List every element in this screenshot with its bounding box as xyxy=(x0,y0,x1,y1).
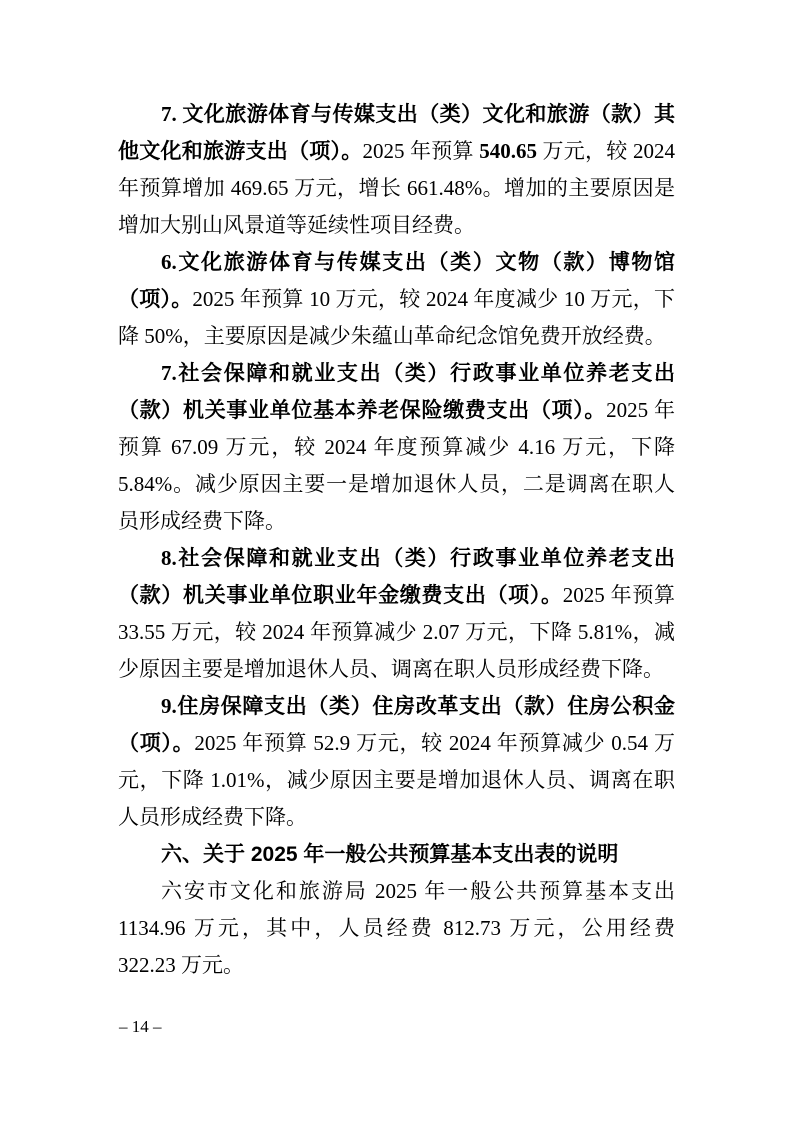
paragraph-text: 六安市文化和旅游局 2025 年一般公共预算基本支出 1134.96 万元，其中… xyxy=(118,879,675,977)
document-page: 7. 文化旅游体育与传媒支出（类）文化和旅游（款）其他文化和旅游支出（项）。20… xyxy=(0,0,793,1122)
paragraph-text: 2025 年预算 xyxy=(363,139,480,163)
document-body: 7. 文化旅游体育与传媒支出（类）文化和旅游（款）其他文化和旅游支出（项）。20… xyxy=(118,96,675,984)
paragraph-text: 2025 年预算 10 万元，较 2024 年度减少 10 万元，下降 50%，… xyxy=(118,287,675,348)
paragraph-basic-expenditure-summary: 六安市文化和旅游局 2025 年一般公共预算基本支出 1134.96 万元，其中… xyxy=(118,873,675,984)
paragraph-text: 2025 年预算 52.9 万元，较 2024 年预算减少 0.54 万元，下降… xyxy=(118,731,675,829)
paragraph-item8-occupational-annuity: 8.社会保障和就业支出（类）行政事业单位养老支出（款）机关事业单位职业年金缴费支… xyxy=(118,540,675,688)
budget-amount-bold: 540.65 xyxy=(479,139,537,163)
paragraph-item9-housing-fund: 9.住房保障支出（类）住房改革支出（款）住房公积金（项）。2025 年预算 52… xyxy=(118,688,675,836)
page-number: – 14 – xyxy=(119,1014,162,1040)
paragraph-item7-culture-tourism-other: 7. 文化旅游体育与传媒支出（类）文化和旅游（款）其他文化和旅游支出（项）。20… xyxy=(118,96,675,244)
paragraph-item7-basic-pension: 7.社会保障和就业支出（类）行政事业单位养老支出（款）机关事业单位基本养老保险缴… xyxy=(118,355,675,540)
paragraph-item6-museum: 6.文化旅游体育与传媒支出（类）文物（款）博物馆（项）。2025 年预算 10 … xyxy=(118,244,675,355)
paragraph-lead-bold: 7.社会保障和就业支出（类）行政事业单位养老支出（款）机关事业单位基本养老保险缴… xyxy=(118,361,675,422)
section-heading-text: 六、关于 2025 年一般公共预算基本支出表的说明 xyxy=(161,843,618,866)
section-heading-six: 六、关于 2025 年一般公共预算基本支出表的说明 xyxy=(118,836,675,873)
